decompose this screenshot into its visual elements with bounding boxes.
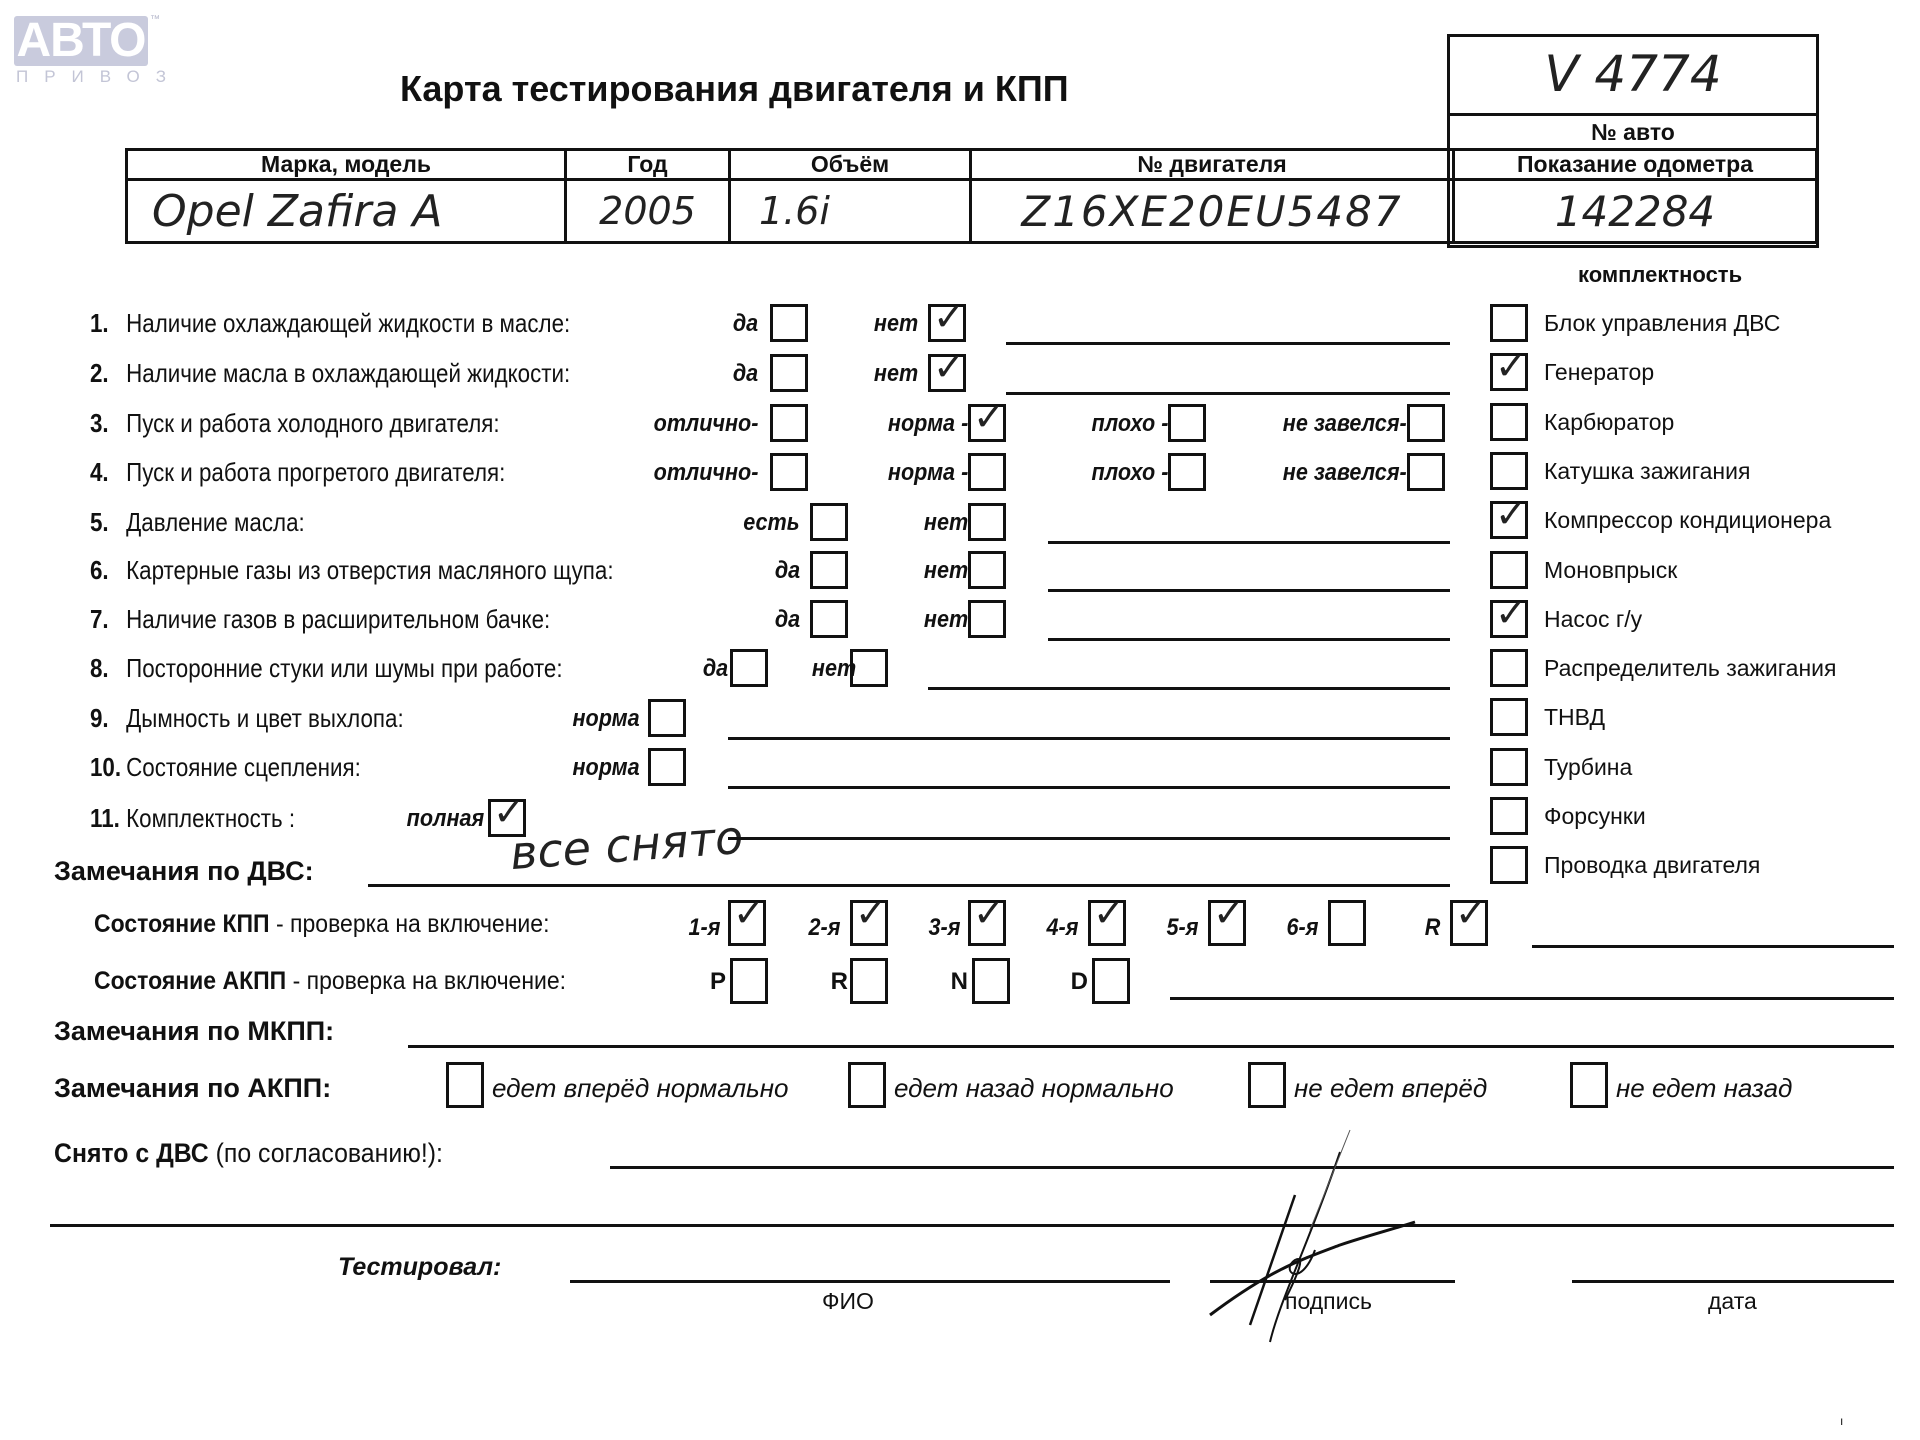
remarks-mkpp-line[interactable] (408, 1045, 1894, 1048)
option-label: норма (573, 754, 640, 782)
question-text: Картерные газы из отверстия масляного щу… (126, 555, 613, 585)
check-mark-icon: ✓ (1213, 893, 1245, 933)
option-label: норма - (888, 459, 968, 487)
remarks-dvs-label: Замечания по ДВС: (54, 856, 314, 887)
question-3: 3.Пуск и работа холодного двигателя: (90, 408, 500, 439)
q11-notes-line[interactable] (728, 837, 1450, 840)
gear-label: 2-я (808, 914, 840, 942)
gear-checkbox-6[interactable]: ✓ (1450, 900, 1488, 946)
question-text: Дымность и цвет выхлопа: (126, 703, 404, 733)
option-label: нет (924, 509, 968, 537)
question-number: 1. (90, 308, 126, 339)
gear-label: 4-я (1046, 914, 1078, 942)
gear-label: 6-я (1286, 914, 1318, 942)
kit-checkbox-9[interactable] (1490, 748, 1528, 786)
q6-notes-line[interactable] (1048, 589, 1450, 592)
kit-checkbox-3[interactable] (1490, 452, 1528, 490)
gear-checkbox-1[interactable]: ✓ (850, 900, 888, 946)
header-volume: Объём (730, 150, 971, 180)
option-label: да (775, 557, 800, 585)
q9-option-checkbox[interactable] (648, 699, 686, 737)
make-model-field[interactable]: Opel Zafira A (127, 180, 566, 243)
kit-checkbox-11[interactable] (1490, 846, 1528, 884)
tested-by-label: Тестировал: (338, 1253, 501, 1282)
q10-option-checkbox[interactable] (648, 748, 686, 786)
kit-checkbox-8[interactable] (1490, 698, 1528, 736)
option-label: да (775, 606, 800, 634)
kit-checkbox-0[interactable] (1490, 304, 1528, 342)
kpp-label: Состояние КПП - проверка на включение: (94, 910, 549, 939)
option-label: да (733, 310, 758, 338)
gear-checkbox-2[interactable]: ✓ (968, 900, 1006, 946)
q1-notes-line[interactable] (1006, 342, 1450, 345)
option-label: нет (874, 310, 918, 338)
q4-option-checkbox[interactable] (770, 453, 808, 491)
check-mark-icon: ✓ (933, 347, 965, 387)
question-text: Наличие охлаждающей жидкости в масле: (126, 308, 570, 338)
option-label: да (733, 360, 758, 388)
check-mark-icon: ✓ (1495, 346, 1527, 386)
check-mark-icon: ✓ (1093, 893, 1125, 933)
q3-option-checkbox[interactable]: ✓ (968, 404, 1006, 442)
logo-subtitle: ПРИВОЗ (16, 67, 182, 87)
fio-line[interactable] (570, 1280, 1170, 1283)
question-text: Пуск и работа прогретого двигателя: (126, 457, 505, 487)
kit-label: Моновпрыск (1544, 557, 1677, 584)
q2-notes-line[interactable] (1006, 392, 1450, 395)
akpp-position-checkbox-1[interactable] (850, 958, 888, 1004)
question-number: 4. (90, 457, 126, 488)
q7-option-checkbox[interactable] (810, 600, 848, 638)
kit-checkbox-5[interactable] (1490, 551, 1528, 589)
check-mark-icon: ✓ (493, 792, 525, 832)
question-number: 10. (90, 752, 126, 783)
date-line[interactable] (1572, 1280, 1894, 1283)
year-field[interactable]: 2005 (566, 180, 730, 243)
question-text: Посторонние стуки или шумы при работе: (126, 653, 562, 683)
q4-option-checkbox[interactable] (1168, 453, 1206, 491)
question-5: 5.Давление масла: (90, 507, 305, 538)
kit-label: Форсунки (1544, 803, 1646, 830)
signature-scribble-icon (1190, 1120, 1430, 1350)
akpp-remark-label: не едет вперёд (1294, 1073, 1487, 1104)
akpp-remark-label: едет вперёд нормально (492, 1073, 788, 1104)
check-mark-icon: ✓ (973, 397, 1005, 437)
akpp-remark-checkbox-3[interactable] (1570, 1062, 1608, 1108)
option-label: нет (924, 557, 968, 585)
option-label: плохо - (1091, 410, 1168, 438)
option-label: да (703, 655, 728, 683)
volume-field[interactable]: 1.6i (730, 180, 971, 243)
kit-label: ТНВД (1544, 704, 1605, 731)
q8-notes-line[interactable] (928, 687, 1450, 690)
kit-label: Проводка двигателя (1544, 852, 1760, 879)
check-mark-icon: ✓ (973, 893, 1005, 933)
gear-checkbox-4[interactable]: ✓ (1208, 900, 1246, 946)
akpp-position-checkbox-0[interactable] (730, 958, 768, 1004)
page-title: Карта тестирования двигателя и КПП (400, 68, 1069, 110)
header-odometer: Показание одометра (1454, 150, 1817, 180)
q2-option-checkbox[interactable] (770, 354, 808, 392)
q3-option-checkbox[interactable] (770, 404, 808, 442)
q2-option-checkbox[interactable]: ✓ (928, 354, 966, 392)
question-text: Наличие газов в расширительном бачке: (126, 604, 550, 634)
q3-option-checkbox[interactable] (1407, 404, 1445, 442)
akpp-position-label: D (1071, 968, 1088, 996)
kit-label: Распределитель зажигания (1544, 655, 1836, 682)
kit-checkbox-4[interactable]: ✓ (1490, 501, 1528, 539)
removed-line-2[interactable] (50, 1224, 1894, 1227)
handwritten-note[interactable]: все снято (508, 810, 745, 880)
kit-checkbox-7[interactable] (1490, 649, 1528, 687)
option-label: норма - (888, 410, 968, 438)
option-label: есть (744, 509, 800, 537)
question-4: 4.Пуск и работа прогретого двигателя: (90, 457, 505, 488)
question-6: 6.Картерные газы из отверстия масляного … (90, 555, 614, 586)
kit-label: Турбина (1544, 754, 1632, 781)
akpp-remark-label: не едет назад (1616, 1073, 1792, 1104)
option-label: плохо - (1091, 459, 1168, 487)
kit-checkbox-2[interactable] (1490, 403, 1528, 441)
question-text: Наличие масла в охлаждающей жидкости: (126, 358, 570, 388)
option-label: не завелся- (1283, 410, 1407, 438)
check-mark-icon: ✓ (1495, 593, 1527, 633)
kit-label: Насос г/у (1544, 606, 1642, 633)
question-number: 3. (90, 408, 126, 439)
question-text: Пуск и работа холодного двигателя: (126, 408, 499, 438)
check-mark-icon: ✓ (1495, 494, 1527, 534)
kit-label: Компрессор кондиционера (1544, 507, 1831, 534)
option-label: отлично- (653, 410, 758, 438)
auto-number-label: № авто (1450, 119, 1816, 146)
removed-label: Снято с ДВС (по согласованию!): (54, 1138, 443, 1169)
question-10: 10.Состояние сцепления: (90, 752, 361, 783)
completeness-title: комплектность (1578, 262, 1742, 288)
header-year: Год (566, 150, 730, 180)
gear-label: R (1424, 914, 1440, 942)
question-number: 6. (90, 555, 126, 586)
kit-label: Катушка зажигания (1544, 458, 1750, 485)
question-number: 5. (90, 507, 126, 538)
question-2: 2.Наличие масла в охлаждающей жидкости: (90, 358, 570, 389)
kit-checkbox-6[interactable]: ✓ (1490, 600, 1528, 638)
akpp-remark-checkbox-0[interactable] (446, 1062, 484, 1108)
logo: АВТО (14, 16, 148, 66)
question-number: 7. (90, 604, 126, 635)
q11-option-checkbox[interactable]: ✓ (488, 799, 526, 837)
akpp-position-label: P (710, 968, 726, 996)
question-9: 9.Дымность и цвет выхлопа: (90, 703, 404, 734)
remarks-mkpp-label: Замечания по МКПП: (54, 1016, 334, 1047)
question-number: 8. (90, 653, 126, 684)
gear-checkbox-0[interactable]: ✓ (728, 900, 766, 946)
kit-label: Генератор (1544, 359, 1654, 386)
option-label: норма (573, 705, 640, 733)
question-number: 9. (90, 703, 126, 734)
engine-number-field[interactable]: Z16XE20EU5487 (971, 180, 1454, 243)
q3-option-checkbox[interactable] (1168, 404, 1206, 442)
check-mark-icon: ✓ (1455, 893, 1487, 933)
q6-option-checkbox[interactable] (968, 551, 1006, 589)
akpp-label: Состояние АКПП - проверка на включение: (94, 967, 566, 996)
akpp-position-checkbox-2[interactable] (972, 958, 1010, 1004)
gear-checkbox-5[interactable] (1328, 900, 1366, 946)
q6-option-checkbox[interactable] (810, 551, 848, 589)
akpp-position-checkbox-3[interactable] (1092, 958, 1130, 1004)
gear-label: 5-я (1166, 914, 1198, 942)
page-mark: ı (1840, 1414, 1843, 1428)
q10-notes-line[interactable] (728, 786, 1450, 789)
kit-checkbox-10[interactable] (1490, 797, 1528, 835)
header-make-model: Марка, модель (127, 150, 566, 180)
check-mark-icon: ✓ (933, 297, 965, 337)
q5-notes-line[interactable] (1048, 541, 1450, 544)
q5-option-checkbox[interactable] (968, 503, 1006, 541)
logo-tm: ™ (150, 14, 160, 25)
option-label: полная (406, 805, 484, 833)
q4-option-checkbox[interactable] (968, 453, 1006, 491)
check-mark-icon: ✓ (855, 893, 887, 933)
question-1: 1.Наличие охлаждающей жидкости в масле: (90, 308, 570, 339)
q7-notes-line[interactable] (1048, 638, 1450, 641)
q5-option-checkbox[interactable] (810, 503, 848, 541)
akpp-remark-checkbox-2[interactable] (1248, 1062, 1286, 1108)
q1-option-checkbox[interactable]: ✓ (928, 304, 966, 342)
auto-number-value[interactable]: V 4774 (1450, 45, 1816, 115)
akpp-position-label: R (831, 968, 848, 996)
question-11: 11.Комплектность : (90, 803, 295, 834)
option-label: нет (874, 360, 918, 388)
q8-option-checkbox[interactable] (850, 649, 888, 687)
gear-label: 3-я (928, 914, 960, 942)
question-text: Комплектность : (126, 803, 295, 833)
vehicle-table: Марка, модель Год Объём № двигателя Пока… (125, 148, 1818, 244)
date-caption: дата (1708, 1288, 1757, 1315)
remarks-akpp-label: Замечания по АКПП: (54, 1073, 331, 1104)
question-text: Давление масла: (126, 507, 305, 537)
q7-option-checkbox[interactable] (968, 600, 1006, 638)
check-mark-icon: ✓ (733, 893, 765, 933)
option-label: отлично- (653, 459, 758, 487)
question-number: 11. (90, 803, 126, 834)
question-text: Состояние сцепления: (126, 752, 361, 782)
remarks-dvs-line[interactable] (368, 884, 1450, 887)
q9-notes-line[interactable] (728, 737, 1450, 740)
gear-checkbox-3[interactable]: ✓ (1088, 900, 1126, 946)
kit-checkbox-1[interactable]: ✓ (1490, 353, 1528, 391)
odometer-field[interactable]: 142284 (1454, 180, 1817, 243)
akpp-remark-checkbox-1[interactable] (848, 1062, 886, 1108)
gear-label: 1-я (688, 914, 720, 942)
akpp-remark-label: едет назад нормально (894, 1073, 1174, 1104)
question-number: 2. (90, 358, 126, 389)
akpp-notes-line[interactable] (1170, 997, 1894, 1000)
option-label: не завелся- (1283, 459, 1407, 487)
q4-option-checkbox[interactable] (1407, 453, 1445, 491)
q8-option-checkbox[interactable] (730, 649, 768, 687)
kpp-notes-line[interactable] (1532, 945, 1894, 948)
option-label: нет (924, 606, 968, 634)
question-8: 8.Посторонние стуки или шумы при работе: (90, 653, 563, 684)
fio-caption: ФИО (822, 1288, 874, 1315)
akpp-position-label: N (951, 968, 968, 996)
kit-label: Блок управления ДВС (1544, 310, 1780, 337)
question-7: 7.Наличие газов в расширительном бачке: (90, 604, 550, 635)
q1-option-checkbox[interactable] (770, 304, 808, 342)
header-engine-number: № двигателя (971, 150, 1454, 180)
kit-label: Карбюратор (1544, 409, 1674, 436)
